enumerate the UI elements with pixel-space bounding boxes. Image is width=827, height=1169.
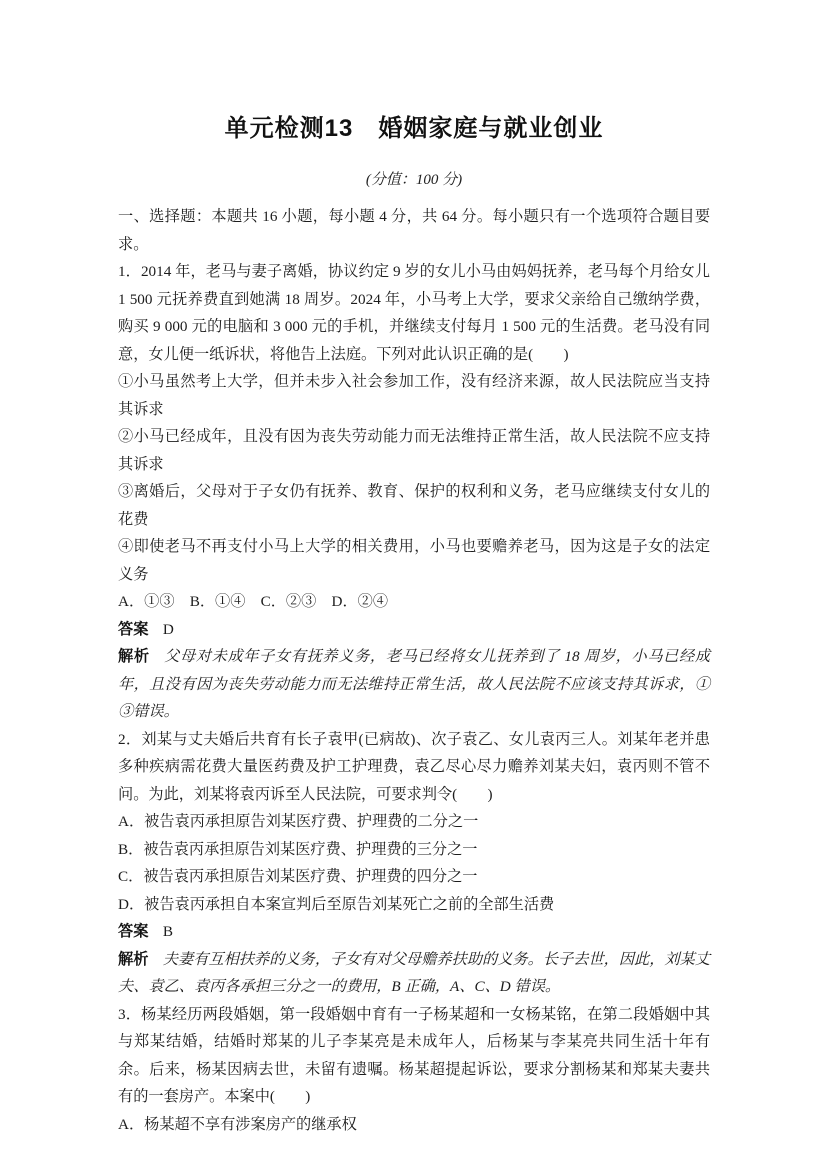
answer-label: 答案 (118, 621, 148, 638)
document-content: 单元检测13 婚姻家庭与就业创业 (分值：100 分) 一、选择题：本题共 16… (118, 0, 710, 1138)
question-1-answer-row: 答案D (118, 616, 710, 644)
question-1-statement-4: ④即使老马不再支付小马上大学的相关费用，小马也要赡养老马，因为这是子女的法定义务 (118, 533, 710, 588)
question-3-stem: 3．杨某经历两段婚姻，第一段婚姻中育有一子杨某超和一女杨某铭，在第二段婚姻中其与… (118, 1001, 710, 1111)
question-1-stem: 1．2014 年，老马与妻子离婚，协议约定 9 岁的女儿小马由妈妈抚养，老马每个… (118, 258, 710, 368)
section-header: 一、选择题：本题共 16 小题，每小题 4 分，共 64 分。每小题只有一个选项… (118, 203, 710, 258)
analysis-text: 父母对未成年子女有抚养义务，老马已经将女儿抚养到了 18 周岁，小马已经成年，且… (118, 648, 710, 720)
question-2-option-d: D．被告袁丙承担自本案宣判后至原告刘某死亡之前的全部生活费 (118, 891, 710, 919)
question-1-statement-3: ③离婚后，父母对于子女仍有抚养、教育、保护的权利和义务，老马应继续支付女儿的花费 (118, 478, 710, 533)
document-body: 一、选择题：本题共 16 小题，每小题 4 分，共 64 分。每小题只有一个选项… (118, 203, 710, 1138)
question-1-statement-2: ②小马已经成年，且没有因为丧失劳动能力而无法维持正常生活，故人民法院不应支持其诉… (118, 423, 710, 478)
question-1-analysis-row: 解析父母对未成年子女有抚养义务，老马已经将女儿抚养到了 18 周岁，小马已经成年… (118, 643, 710, 726)
document-page: 单元检测13 婚姻家庭与就业创业 (分值：100 分) 一、选择题：本题共 16… (0, 0, 827, 1169)
page-title: 单元检测13 婚姻家庭与就业创业 (118, 112, 710, 146)
question-3-option-a: A．杨某超不享有涉案房产的继承权 (118, 1111, 710, 1139)
analysis-text: 夫妻有互相扶养的义务，子女有对父母赡养扶助的义务。长子去世，因此，刘某丈夫、袁乙… (118, 951, 710, 996)
question-1: 1．2014 年，老马与妻子离婚，协议约定 9 岁的女儿小马由妈妈抚养，老马每个… (118, 258, 710, 726)
analysis-label: 解析 (118, 951, 148, 968)
question-2-analysis-row: 解析夫妻有互相扶养的义务，子女有对父母赡养扶助的义务。长子去世，因此，刘某丈夫、… (118, 946, 710, 1001)
question-2-stem: 2．刘某与丈夫婚后共育有长子袁甲(已病故)、次子袁乙、女儿袁丙三人。刘某年老并患… (118, 726, 710, 809)
answer-value: B (163, 923, 173, 940)
question-2-option-a: A．被告袁丙承担原告刘某医疗费、护理费的二分之一 (118, 808, 710, 836)
question-2-answer-row: 答案B (118, 918, 710, 946)
answer-label: 答案 (118, 923, 148, 940)
question-2: 2．刘某与丈夫婚后共育有长子袁甲(已病故)、次子袁乙、女儿袁丙三人。刘某年老并患… (118, 726, 710, 1001)
page-subtitle: (分值：100 分) (118, 169, 710, 191)
question-2-option-c: C．被告袁丙承担原告刘某医疗费、护理费的四分之一 (118, 863, 710, 891)
answer-value: D (163, 621, 174, 638)
question-3: 3．杨某经历两段婚姻，第一段婚姻中育有一子杨某超和一女杨某铭，在第二段婚姻中其与… (118, 1001, 710, 1139)
question-1-options-line: A．①③ B．①④ C．②③ D．②④ (118, 588, 710, 616)
analysis-label: 解析 (118, 648, 150, 665)
question-2-option-b: B．被告袁丙承担原告刘某医疗费、护理费的三分之一 (118, 836, 710, 864)
question-1-statement-1: ①小马虽然考上大学，但并未步入社会参加工作，没有经济来源，故人民法院应当支持其诉… (118, 368, 710, 423)
